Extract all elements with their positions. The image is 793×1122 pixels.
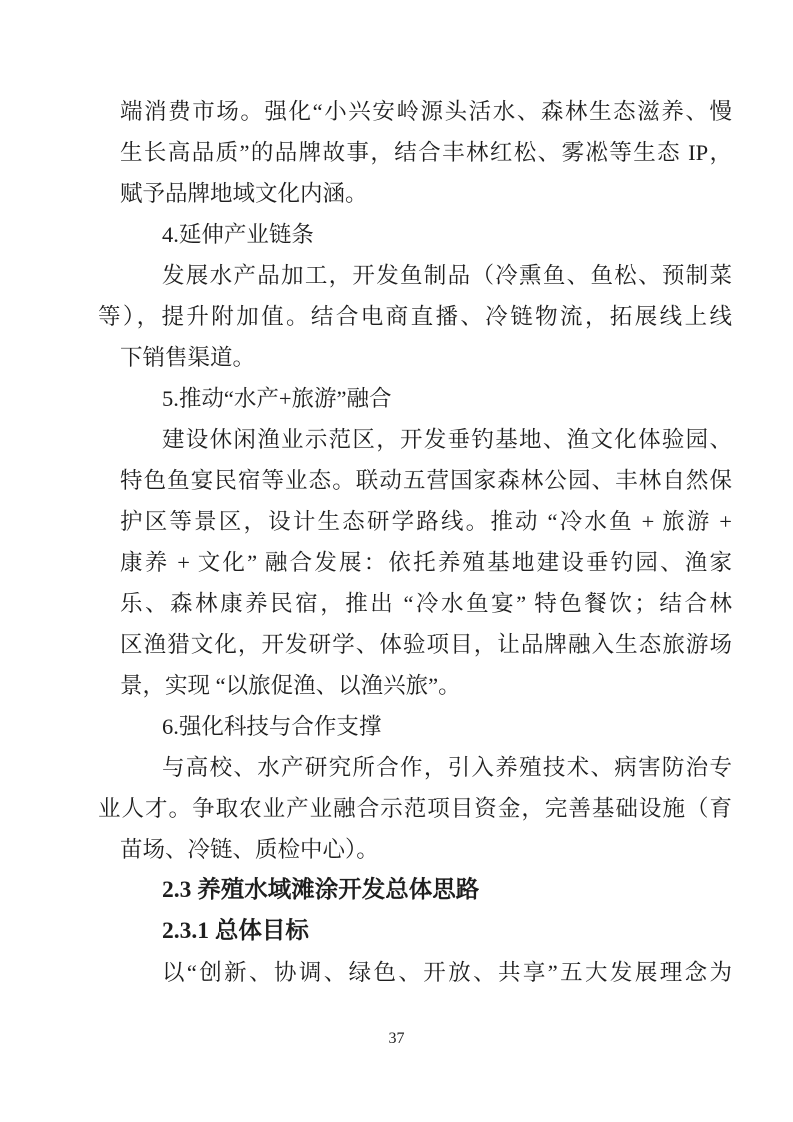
text-line: 苗场、冷链、质检中心）。 — [120, 829, 732, 870]
text-line: 与高校、水产研究所合作，引入养殖技术、病害防治专 — [120, 747, 732, 788]
text-line: 等），提升附加值。结合电商直播、冷链物流，拓展线上线 — [98, 296, 732, 337]
text-line: 端消费市场。强化“小兴安岭源头活水、森林生态滋养、慢 — [120, 91, 732, 132]
text-line: 发展水产品加工，开发鱼制品（冷熏鱼、鱼松、预制菜 — [120, 255, 732, 296]
text-line: 赋予品牌地域文化内涵。 — [120, 173, 732, 214]
list-item-line: 4.延伸产业链条 — [120, 214, 732, 255]
document-page: 端消费市场。强化“小兴安岭源头活水、森林生态滋养、慢 生长高品质”的品牌故事，结… — [0, 0, 793, 1122]
text-line: 乐、森林康养民宿，推出 “冷水鱼宴” 特色餐饮；结合林 — [120, 583, 732, 624]
list-item-line: 6.强化科技与合作支撑 — [120, 706, 732, 747]
text-line: 以“创新、协调、绿色、开放、共享”五大发展理念为 — [120, 952, 732, 993]
text-line: 康养 + 文化” 融合发展：依托养殖基地建设垂钓园、渔家 — [120, 542, 732, 583]
text-line: 护区等景区，设计生态研学路线。推动 “冷水鱼 + 旅游 + — [120, 501, 732, 542]
text-line: 区渔猎文化，开发研学、体验项目，让品牌融入生态旅游场 — [120, 624, 732, 665]
page-number: 37 — [0, 1028, 793, 1050]
text-line: 下销售渠道。 — [120, 337, 732, 378]
document-body: 端消费市场。强化“小兴安岭源头活水、森林生态滋养、慢 生长高品质”的品牌故事，结… — [120, 91, 732, 993]
text-line: 业人才。争取农业产业融合示范项目资金，完善基础设施（育 — [98, 788, 732, 829]
section-heading: 2.3 养殖水域滩涂开发总体思路 — [120, 870, 732, 911]
text-line: 生长高品质”的品牌故事，结合丰林红松、雾凇等生态 IP， — [120, 132, 732, 173]
text-line: 建设休闲渔业示范区，开发垂钓基地、渔文化体验园、 — [120, 419, 732, 460]
text-line: 景，实现 “以旅促渔、以渔兴旅”。 — [120, 665, 732, 706]
subsection-heading: 2.3.1 总体目标 — [120, 911, 732, 952]
text-line: 特色鱼宴民宿等业态。联动五营国家森林公园、丰林自然保 — [120, 460, 732, 501]
list-item-line: 5.推动“水产+旅游”融合 — [120, 378, 732, 419]
